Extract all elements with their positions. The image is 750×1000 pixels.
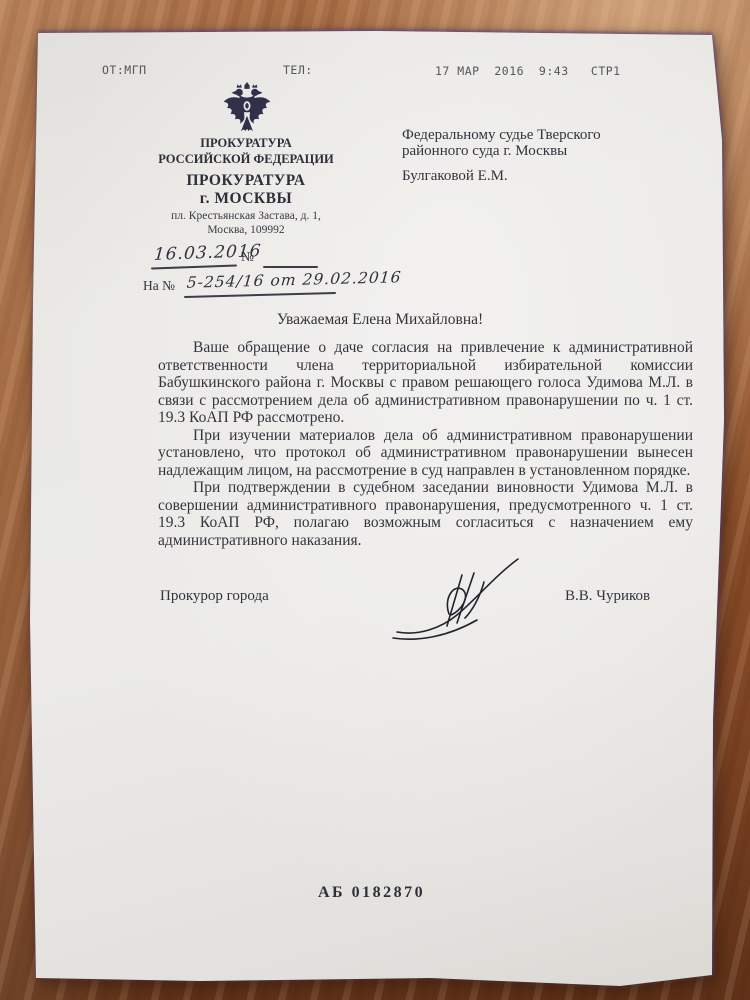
fax-datetime-stamp: 17 МАР 2016 9:43 СТР1: [435, 64, 621, 78]
letterhead-organization: ПРОКУРАТУРА РОССИЙСКОЙ ФЕДЕРАЦИИ: [126, 136, 366, 167]
paper-shadow: ОТ:МГП ТЕЛ: 17 МАР 2016 9:43 СТР1: [0, 0, 750, 1000]
reference-underline: [184, 292, 336, 298]
document-page: ОТ:МГП ТЕЛ: 17 МАР 2016 9:43 СТР1: [0, 0, 750, 1000]
signer-name: В.В. Чуриков: [565, 588, 650, 605]
handwritten-signature: [391, 552, 525, 646]
addressee-lines: Федеральному судье Тверского районного с…: [402, 127, 662, 159]
salutation: Уважаемая Елена Михайловна!: [225, 311, 535, 329]
body-paragraph-3: При подтверждении в судебном заседании в…: [158, 479, 693, 549]
date-underline: [151, 264, 237, 269]
fax-from-label: ОТ:МГП: [102, 63, 147, 77]
body-paragraph-2: При изучении материалов дела об админист…: [158, 427, 693, 480]
fax-tel-label: ТЕЛ:: [283, 63, 313, 77]
letterhead-department: ПРОКУРАТУРА г. МОСКВЫ: [126, 172, 366, 207]
handwritten-reference-number: 5-254/16 от 29.02.2016: [186, 268, 402, 292]
signer-title: Прокурор города: [160, 588, 269, 605]
letterhead-address: пл. Крестьянская Застава, д. 1, Москва, …: [126, 209, 366, 237]
letter-body: Ваше обращение о даче согласия на привле…: [158, 339, 693, 549]
russia-coat-of-arms-icon: [221, 80, 273, 136]
number-sign-label: №: [241, 249, 254, 265]
form-serial-number: АБ 0182870: [318, 884, 425, 902]
blank-number-line: [263, 266, 318, 268]
photo-background: ОТ:МГП ТЕЛ: 17 МАР 2016 9:43 СТР1: [0, 0, 750, 1000]
body-paragraph-1: Ваше обращение о даче согласия на привле…: [158, 339, 693, 427]
reply-to-label: На №: [143, 278, 175, 294]
addressee-name: Булгаковой Е.М.: [402, 168, 508, 185]
